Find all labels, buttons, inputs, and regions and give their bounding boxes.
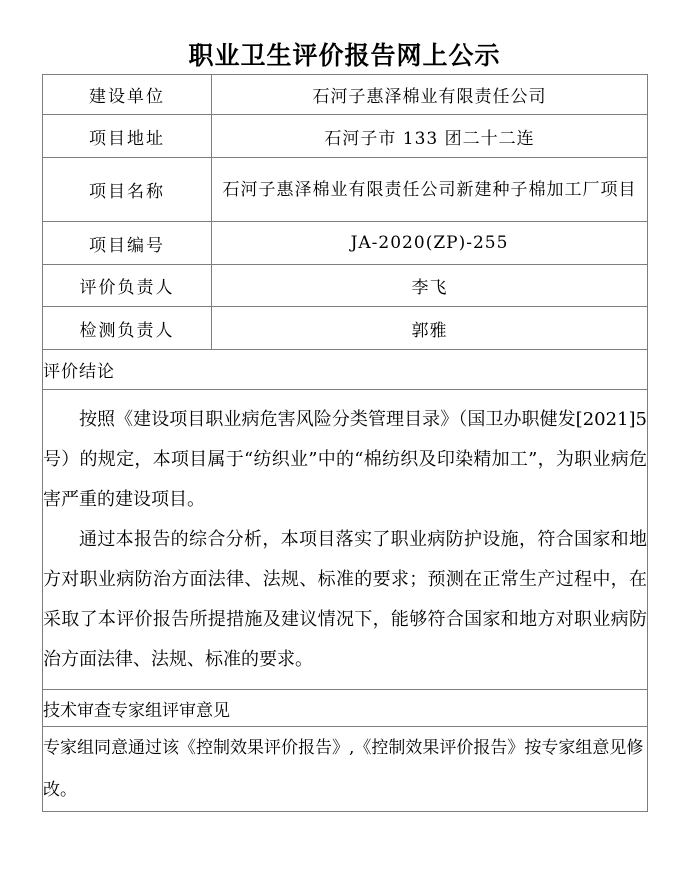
page-title: 职业卫生评价报告网上公示: [42, 0, 647, 72]
project-number-value: JA-2020(ZP)-255: [212, 222, 648, 265]
conclusion-body: 按照《建设项目职业病危害风险分类管理目录》（国卫办职健发[2021]5 号）的规…: [43, 390, 648, 690]
document-page: 职业卫生评价报告网上公示 建设单位 石河子惠泽棉业有限责任公司 项目地址 石河子…: [0, 0, 684, 885]
table-row-project-name: 项目名称 石河子惠泽棉业有限责任公司新建种子棉加工厂项目: [43, 158, 648, 222]
construction-unit-value: 石河子惠泽棉业有限责任公司: [212, 75, 648, 115]
project-address-value: 石河子市 133 团二十二连: [212, 115, 648, 158]
evaluation-lead-label: 评价负责人: [43, 265, 212, 307]
table-row-review-body: 专家组同意通过该《控制效果评价报告》,《控制效果评价报告》按专家组意见修改。: [43, 727, 648, 812]
project-name-value: 石河子惠泽棉业有限责任公司新建种子棉加工厂项目: [212, 158, 648, 222]
publicity-table: 建设单位 石河子惠泽棉业有限责任公司 项目地址 石河子市 133 团二十二连 项…: [42, 74, 648, 812]
review-header: 技术审查专家组评审意见: [43, 690, 648, 727]
testing-lead-value: 郭雅: [212, 307, 648, 350]
table-row-testing-lead: 检测负责人 郭雅: [43, 307, 648, 350]
table-row-project-number: 项目编号 JA-2020(ZP)-255: [43, 222, 648, 265]
table-row-project-address: 项目地址 石河子市 133 团二十二连: [43, 115, 648, 158]
conclusion-paragraph-1: 按照《建设项目职业病危害风险分类管理目录》（国卫办职健发[2021]5 号）的规…: [43, 400, 647, 520]
review-body-text: 专家组同意通过该《控制效果评价报告》,《控制效果评价报告》按专家组意见修改。: [43, 727, 648, 812]
table-row-conclusion-body: 按照《建设项目职业病危害风险分类管理目录》（国卫办职健发[2021]5 号）的规…: [43, 390, 648, 690]
conclusion-header: 评价结论: [43, 350, 648, 390]
construction-unit-label: 建设单位: [43, 75, 212, 115]
project-number-label: 项目编号: [43, 222, 212, 265]
testing-lead-label: 检测负责人: [43, 307, 212, 350]
evaluation-lead-value: 李飞: [212, 265, 648, 307]
table-row-conclusion-header: 评价结论: [43, 350, 648, 390]
table-row-review-header: 技术审查专家组评审意见: [43, 690, 648, 727]
project-name-label: 项目名称: [43, 158, 212, 222]
table-row-construction-unit: 建设单位 石河子惠泽棉业有限责任公司: [43, 75, 648, 115]
conclusion-paragraph-2: 通过本报告的综合分析，本项目落实了职业病防护设施，符合国家和地方对职业病防治方面…: [43, 520, 647, 680]
project-address-label: 项目地址: [43, 115, 212, 158]
table-row-evaluation-lead: 评价负责人 李飞: [43, 265, 648, 307]
